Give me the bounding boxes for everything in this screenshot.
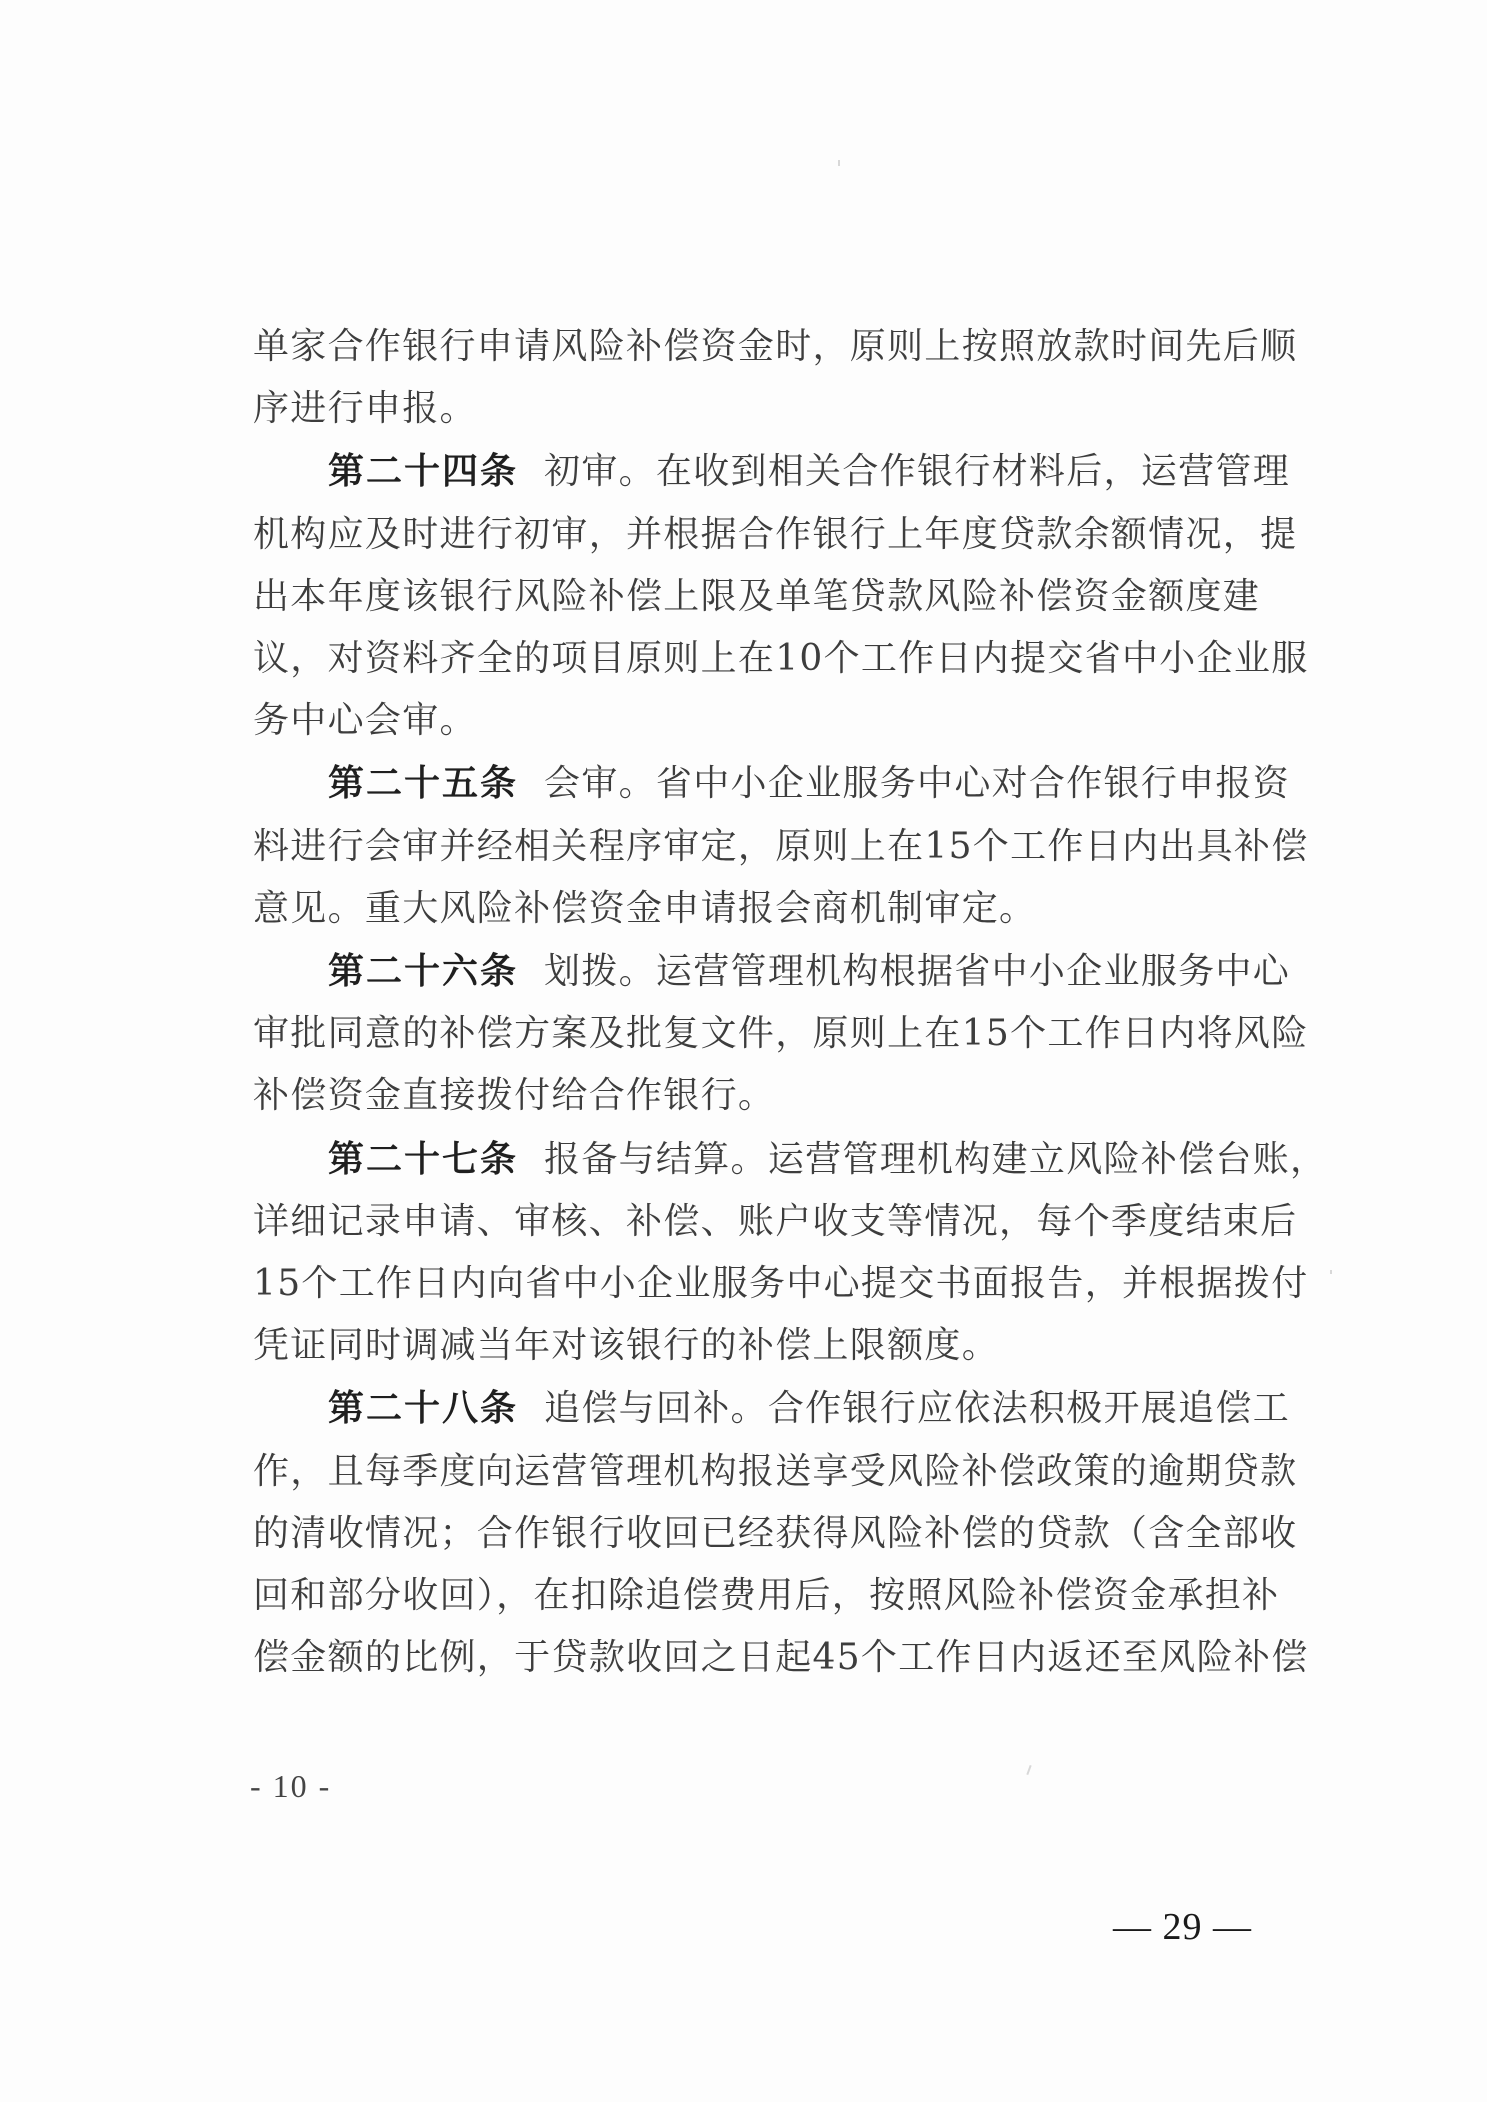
text-line: 补偿资金直接拨付给合作银行。 [253,1065,1233,1127]
article-first-line: 第二十六条划拨。运营管理机构根据省中小企业服务中心 [253,940,1233,1003]
article-number: 第二十六条 [328,950,518,992]
text-line: 料进行会审并经相关程序审定，原则上在15个工作日内出具补偿 [253,816,1233,878]
article-number: 第二十五条 [328,762,518,804]
text-line: 凭证同时调减当年对该银行的补偿上限额度。 [253,1315,1233,1377]
text-line: 的清收情况；合作银行收回已经获得风险补偿的贷款（含全部收 [253,1503,1233,1565]
text-line: 意见。重大风险补偿资金申请报会商机制审定。 [253,878,1233,940]
continuation-paragraph: 单家合作银行申请风险补偿资金时，原则上按照放款时间先后顺 序进行申报。 [253,316,1233,440]
text-line: 单家合作银行申请风险补偿资金时，原则上按照放款时间先后顺 [253,316,1233,378]
article-28: 第二十八条追偿与回补。合作银行应依法积极开展追偿工 作，且每季度向运营管理机构报… [253,1377,1233,1689]
article-number: 第二十四条 [328,450,518,492]
document-body: 单家合作银行申请风险补偿资金时，原则上按照放款时间先后顺 序进行申报。 第二十四… [253,316,1233,1689]
text-line: 议，对资料齐全的项目原则上在10个工作日内提交省中小企业服 [253,628,1233,690]
scan-speck [1026,1765,1031,1775]
outer-page-number: — 29 — [1113,1905,1252,1949]
article-24: 第二十四条初审。在收到相关合作银行材料后，运营管理 机构应及时进行初审，并根据合… [253,440,1233,752]
text-line: 15个工作日内向省中小企业服务中心提交书面报告，并根据拨付 [253,1253,1233,1315]
text-line: 务中心会审。 [253,690,1233,752]
article-25: 第二十五条会审。省中小企业服务中心对合作银行申报资 料进行会审并经相关程序审定，… [253,752,1233,940]
text-line: 序进行申报。 [253,378,1233,440]
inner-page-number: - 10 - [250,1768,331,1805]
text-line: 机构应及时进行初审，并根据合作银行上年度贷款余额情况，提 [253,504,1233,566]
article-number: 第二十七条 [328,1138,518,1180]
article-heading-text: 初审。在收到相关合作银行材料后，运营管理 [544,451,1290,492]
article-number: 第二十八条 [328,1387,518,1429]
article-heading-text: 划拨。运营管理机构根据省中小企业服务中心 [544,951,1290,992]
text-line: 作，且每季度向运营管理机构报送享受风险补偿政策的逾期贷款 [253,1441,1233,1503]
article-first-line: 第二十七条报备与结算。运营管理机构建立风险补偿台账， [253,1128,1233,1191]
text-line: 审批同意的补偿方案及批复文件，原则上在15个工作日内将风险 [253,1003,1233,1065]
article-heading-text: 会审。省中小企业服务中心对合作银行申报资 [544,763,1290,804]
text-line: 详细记录申请、审核、补偿、账户收支等情况，每个季度结束后 [253,1191,1233,1253]
scan-speck [1330,1270,1332,1274]
article-26: 第二十六条划拨。运营管理机构根据省中小企业服务中心 审批同意的补偿方案及批复文件… [253,940,1233,1128]
article-heading-text: 报备与结算。运营管理机构建立风险补偿台账， [544,1139,1327,1180]
article-first-line: 第二十四条初审。在收到相关合作银行材料后，运营管理 [253,440,1233,503]
article-first-line: 第二十五条会审。省中小企业服务中心对合作银行申报资 [253,752,1233,815]
article-27: 第二十七条报备与结算。运营管理机构建立风险补偿台账， 详细记录申请、审核、补偿、… [253,1128,1233,1378]
text-line: 出本年度该银行风险补偿上限及单笔贷款风险补偿资金额度建 [253,566,1233,628]
text-line: 偿金额的比例，于贷款收回之日起45个工作日内返还至风险补偿 [253,1627,1233,1689]
text-line: 回和部分收回），在扣除追偿费用后，按照风险补偿资金承担补 [253,1565,1233,1627]
article-first-line: 第二十八条追偿与回补。合作银行应依法积极开展追偿工 [253,1377,1233,1440]
document-page: 单家合作银行申请风险补偿资金时，原则上按照放款时间先后顺 序进行申报。 第二十四… [0,0,1487,2102]
scan-speck [838,160,840,166]
article-heading-text: 追偿与回补。合作银行应依法积极开展追偿工 [544,1388,1290,1429]
